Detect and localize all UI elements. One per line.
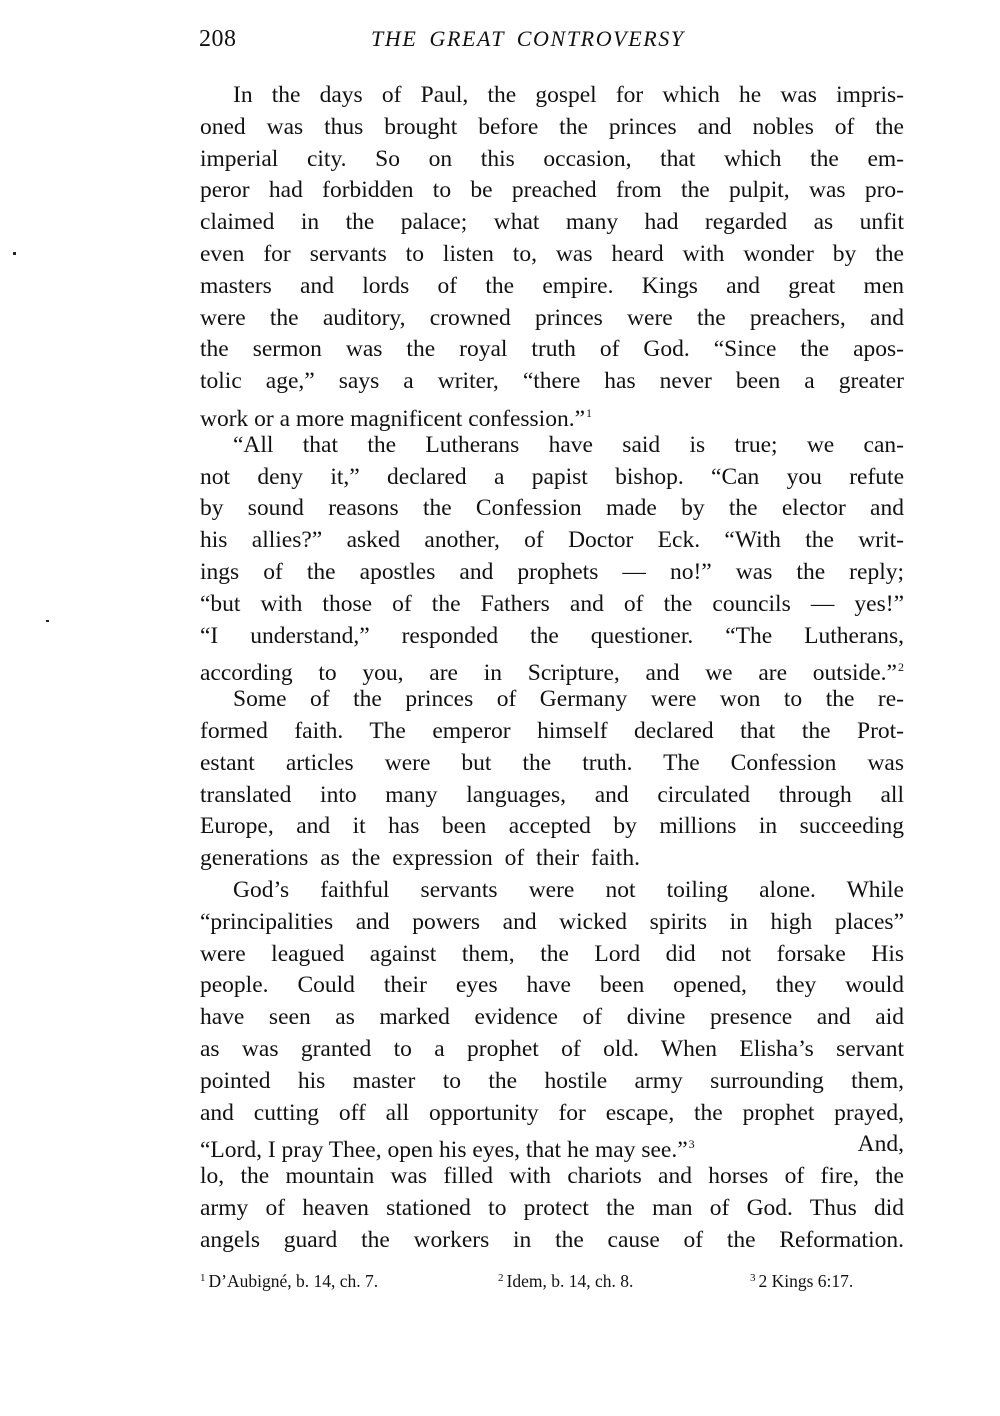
text-line: lo, the mountain was filled with chariot…: [200, 1161, 904, 1193]
text-line: army of heaven stationed to protect the …: [200, 1193, 904, 1225]
text-line-content: according to you, are in Scripture, and …: [200, 660, 897, 686]
text-line: people. Could their eyes have been opene…: [200, 970, 904, 1002]
text-line-content: work or a more magnificent confession.”: [200, 406, 585, 432]
text-line: his allies?” asked another, of Doctor Ec…: [200, 525, 904, 557]
footnote-ref[interactable]: 1: [586, 406, 592, 420]
text-line: claimed in the palace; what many had reg…: [200, 207, 904, 239]
text-line: In the days of Paul, the gospel for whic…: [200, 80, 904, 112]
text-line: formed faith. The emperor himself declar…: [200, 716, 904, 748]
text-line: by sound reasons the Confession made by …: [200, 493, 904, 525]
footnote-marker: 2: [498, 1272, 504, 1284]
text-line: were the auditory, crowned princes were …: [200, 303, 904, 335]
paragraph: God’s faithful servants were not toiling…: [200, 875, 904, 1257]
paragraph: “All that the Lutherans have said is tru…: [200, 430, 904, 684]
footnote-text: Idem, b. 14, ch. 8.: [507, 1271, 634, 1291]
text-line: generations as the expression of their f…: [200, 843, 904, 875]
scan-speck: [46, 620, 49, 622]
footnote-ref[interactable]: 2: [898, 660, 904, 674]
text-line: “All that the Lutherans have said is tru…: [200, 430, 904, 462]
text-line: angels guard the workers in the cause of…: [200, 1225, 904, 1257]
scan-speck: [13, 252, 16, 255]
text-line: oned was thus brought before the princes…: [200, 112, 904, 144]
paragraph: Some of the princes of Germany were won …: [200, 684, 904, 875]
footnote-1: 1D’Aubigné, b. 14, ch. 7.: [200, 1264, 378, 1295]
text-line-content: “Lord, I pray Thee, open his eyes, that …: [200, 1137, 688, 1163]
text-line: according to you, are in Scripture, and …: [200, 652, 904, 684]
text-line: peror had forbidden to be preached from …: [200, 175, 904, 207]
text-line: have seen as marked evidence of divine p…: [200, 1002, 904, 1034]
paragraph: In the days of Paul, the gospel for whic…: [200, 80, 904, 430]
body-text: In the days of Paul, the gospel for whic…: [200, 80, 904, 1256]
text-line: even for servants to listen to, was hear…: [200, 239, 904, 271]
footnote-text: D’Aubigné, b. 14, ch. 7.: [209, 1271, 379, 1291]
text-line: as was granted to a prophet of old. When…: [200, 1034, 904, 1066]
page-header: 208 THE GREAT CONTROVERSY: [199, 22, 905, 56]
book-page: 208 THE GREAT CONTROVERSY In the days of…: [0, 0, 1000, 1416]
text-line: estant articles were but the truth. The …: [200, 748, 904, 780]
text-line: “I understand,” responded the questioner…: [200, 621, 904, 653]
text-line: translated into many languages, and circ…: [200, 780, 904, 812]
text-line: God’s faithful servants were not toiling…: [200, 875, 904, 907]
text-line: pointed his master to the hostile army s…: [200, 1066, 904, 1098]
footnote-3: 32 Kings 6:17.: [750, 1264, 853, 1295]
page-number: 208: [199, 22, 237, 56]
text-line: and cutting off all opportunity for esca…: [200, 1098, 904, 1130]
text-line: Some of the princes of Germany were won …: [200, 684, 904, 716]
text-line: the sermon was the royal truth of God. “…: [200, 334, 904, 366]
text-line: “but with those of the Fathers and of th…: [200, 589, 904, 621]
text-line-continuation: And,: [847, 1129, 904, 1161]
running-title: THE GREAT CONTROVERSY: [371, 22, 685, 56]
text-line: masters and lords of the empire. Kings a…: [200, 271, 904, 303]
footnote-marker: 1: [200, 1272, 206, 1284]
text-line: tolic age,” says a writer, “there has ne…: [200, 366, 904, 398]
text-line: “Lord, I pray Thee, open his eyes, that …: [200, 1129, 904, 1161]
footnote-ref[interactable]: 3: [689, 1137, 695, 1151]
footnote-text: 2 Kings 6:17.: [759, 1271, 854, 1291]
text-line: were leagued against them, the Lord did …: [200, 939, 904, 971]
text-line: imperial city. So on this occasion, that…: [200, 144, 904, 176]
text-line: not deny it,” declared a papist bishop. …: [200, 462, 904, 494]
text-line: work or a more magnificent confession.”1: [200, 398, 904, 430]
text-line: ings of the apostles and prophets — no!”…: [200, 557, 904, 589]
footnote-marker: 3: [750, 1272, 756, 1284]
text-line: Europe, and it has been accepted by mill…: [200, 811, 904, 843]
text-line: “principalities and powers and wicked sp…: [200, 907, 904, 939]
footnotes: 1D’Aubigné, b. 14, ch. 7. 2Idem, b. 14, …: [200, 1264, 904, 1292]
footnote-2: 2Idem, b. 14, ch. 8.: [498, 1264, 633, 1295]
